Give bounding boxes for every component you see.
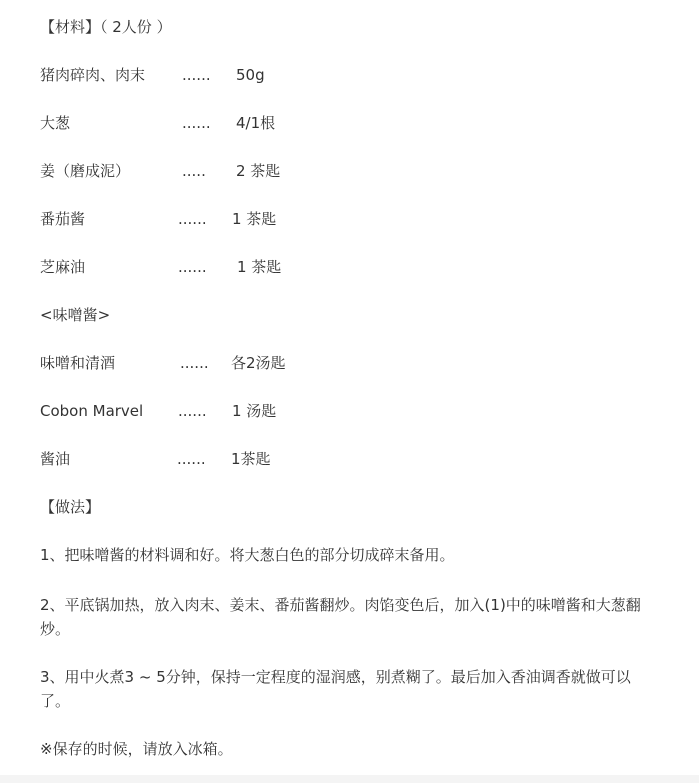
ingredient-name: 酱油: [40, 449, 70, 469]
miso-heading: <味噌酱>: [40, 305, 110, 325]
ingredient-dots: ......: [178, 257, 207, 277]
ingredient-dots: ......: [178, 401, 207, 421]
ingredient-name: Cobon Marvel: [40, 401, 143, 421]
ingredient-dots: ......: [178, 209, 207, 229]
ingredient-name: 姜（磨成泥）: [40, 161, 130, 181]
step-1: 1、把味噌酱的材料调和好。将大葱白色的部分切成碎末备用。: [40, 543, 650, 567]
method-heading: 【做法】: [40, 497, 100, 517]
ingredient-name: 大葱: [40, 113, 70, 133]
step-3: 3、用中火煮3 ~ 5分钟，保持一定程度的湿润感，别煮糊了。最后加入香油调香就做…: [40, 665, 650, 713]
step-2: 2、平底锅加热，放入肉末、姜末、番茄酱翻炒。肉馅变色后，加入(1)中的味噌酱和大…: [40, 593, 650, 641]
ingredient-dots: ......: [180, 353, 209, 373]
storage-note: ※保存的时候，请放入冰箱。: [40, 737, 650, 761]
ingredient-dots: ......: [182, 113, 211, 133]
ingredient-amount: 1 茶匙: [232, 209, 276, 229]
ingredient-amount: 各2汤匙: [231, 353, 286, 373]
ingredient-amount: 1 汤匙: [232, 401, 276, 421]
ingredient-dots: ......: [182, 65, 211, 85]
ingredient-amount: 2 茶匙: [236, 161, 280, 181]
ingredient-dots: ......: [177, 449, 206, 469]
ingredient-dots: .....: [182, 161, 206, 181]
page-bottom-band: [0, 775, 699, 783]
materials-heading: 【材料】（ 2人份 ）: [40, 17, 172, 37]
ingredient-name: 猪肉碎肉、肉末: [40, 65, 145, 85]
ingredient-amount: 50g: [236, 65, 265, 85]
ingredient-amount: 4/1根: [236, 113, 275, 133]
ingredient-amount: 1茶匙: [231, 449, 271, 469]
ingredient-name: 味噌和清酒: [40, 353, 115, 373]
ingredient-name: 芝麻油: [40, 257, 85, 277]
ingredient-amount: 1 茶匙: [237, 257, 281, 277]
ingredient-name: 番茄酱: [40, 209, 85, 229]
